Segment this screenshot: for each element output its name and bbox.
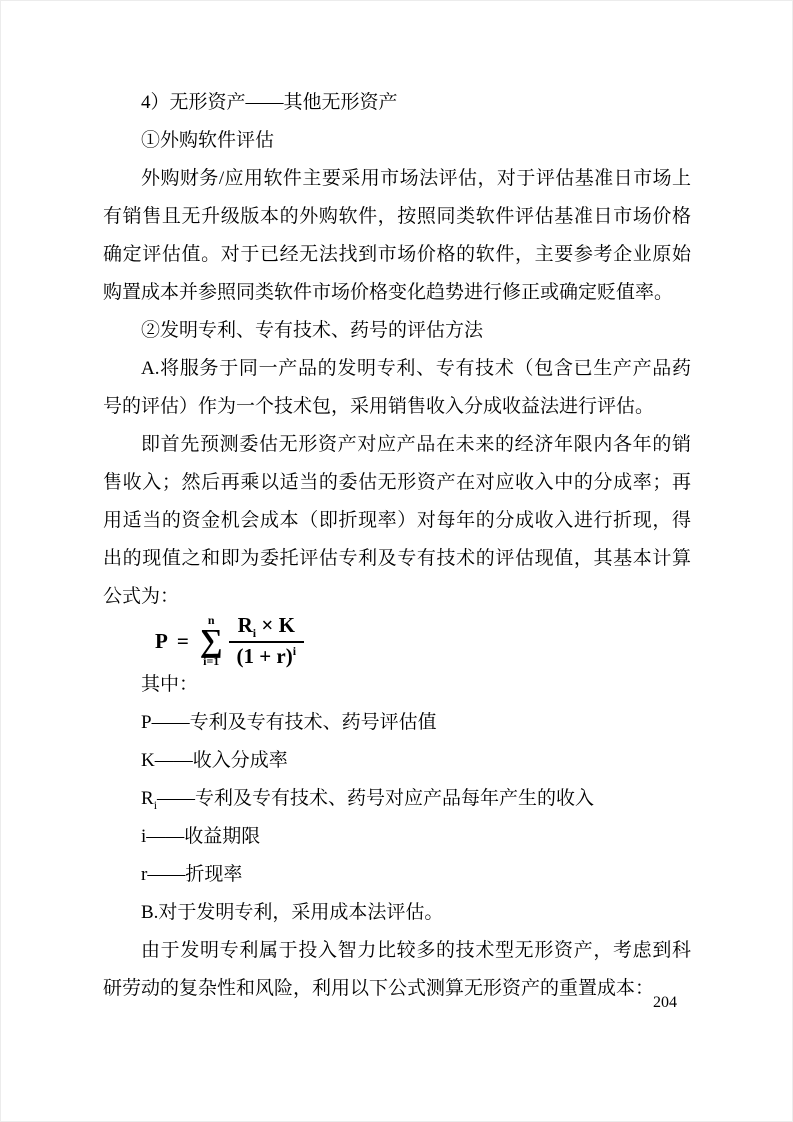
para-cost-method: 由于发明专利属于投入智力比较多的技术型无形资产，考虑到科研劳动的复杂性和风险，利…: [103, 932, 691, 1008]
definition-ri: Ri——专利及专有技术、药号对应产品每年产生的收入: [103, 780, 691, 818]
definition-i: i——收益期限: [103, 818, 691, 856]
sum-lower-limit: i=1: [203, 655, 219, 668]
definition-p: P——专利及专有技术、药号评估值: [103, 704, 691, 742]
definition-k: K——收入分成率: [103, 742, 691, 780]
formula-lhs: P=: [155, 629, 200, 654]
para-method-a: A.将服务于同一产品的发明专利、专有技术（包含已生产产品药号的评估）作为一个技术…: [103, 350, 691, 426]
valuation-formula: P= n ∑ i=1 Ri × K (1 + r)i: [155, 616, 691, 666]
page-number: 204: [653, 994, 677, 1012]
among-label: 其中：: [103, 666, 691, 704]
page-content: 4）无形资产——其他无形资产 ①外购软件评估 外购财务/应用软件主要采用市场法评…: [103, 84, 691, 1008]
fraction-numerator: Ri × K: [229, 613, 304, 642]
definition-r: r——折现率: [103, 856, 691, 894]
document-page: 4）无形资产——其他无形资产 ①外购软件评估 外购财务/应用软件主要采用市场法评…: [0, 0, 793, 1122]
sigma-glyph: ∑: [200, 627, 223, 654]
heading-patent-method: ②发明专利、专有技术、药号的评估方法: [103, 312, 691, 350]
para-method-b: B.对于发明专利，采用成本法评估。: [103, 894, 691, 932]
formula-fraction: Ri × K (1 + r)i: [229, 613, 304, 668]
para-software-valuation: 外购财务/应用软件主要采用市场法评估，对于评估基准日市场上有销售且无升级版本的外…: [103, 160, 691, 312]
summation-symbol: n ∑ i=1: [200, 614, 223, 668]
heading-intangible-assets: 4）无形资产——其他无形资产: [103, 84, 691, 122]
heading-purchased-software: ①外购软件评估: [103, 122, 691, 160]
fraction-denominator: (1 + r)i: [236, 643, 296, 669]
equals-sign: =: [177, 629, 190, 653]
para-income-method: 即首先预测委估无形资产对应产品在未来的经济年限内各年的销售收入；然后再乘以适当的…: [103, 426, 691, 616]
